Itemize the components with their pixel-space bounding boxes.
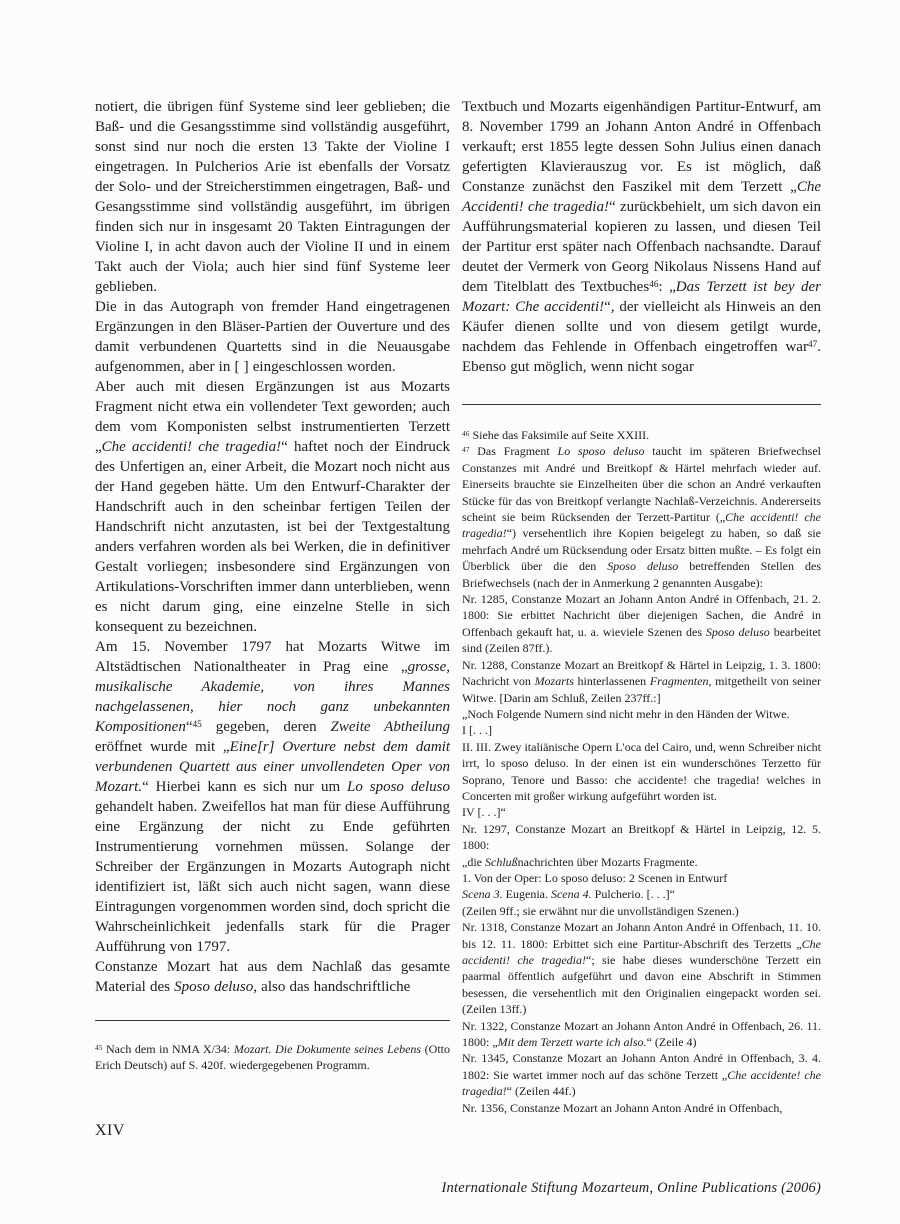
text-segment: Nr. 1297, Constanze Mozart an Breitkopf … <box>462 822 821 852</box>
paragraph: Nr. 1318, Constanze Mozart an Johann Ant… <box>462 919 821 1017</box>
footnote-marker: 46 <box>462 429 469 438</box>
paragraph: Nr. 1356, Constanze Mozart an Johann Ant… <box>462 1100 821 1116</box>
text-segment: Pulcherio. [. . .]“ <box>592 887 675 901</box>
text-segment: Fragmenten <box>650 674 709 688</box>
paragraph: Textbuch und Mozarts eigenhändigen Parti… <box>462 97 821 377</box>
paragraph: Am 15. November 1797 hat Mozarts Witwe i… <box>95 637 450 957</box>
paragraph: Die in das Autograph von fremder Hand ei… <box>95 297 450 377</box>
paragraph: 45 Nach dem in NMA X/34: Mozart. Die Dok… <box>95 1041 450 1074</box>
text-segment: „die <box>462 855 485 869</box>
text-segment: “ (Zeile 4) <box>647 1035 697 1049</box>
text-segment: I [. . .] <box>462 723 492 737</box>
paragraph: IV [. . .]“ <box>462 804 821 820</box>
footnote-marker: 47 <box>462 445 469 454</box>
paragraph: 47 Das Fragment Lo sposo deluso taucht i… <box>462 443 821 591</box>
text-segment: Die in das Autograph von fremder Hand ei… <box>95 299 450 375</box>
paragraph: 46 Siehe das Faksimile auf Seite XXIII. <box>462 427 821 443</box>
footer-credit: Internationale Stiftung Mozarteum, Onlin… <box>442 1180 822 1197</box>
text-segment: Siehe das Faksimile auf Seite XXIII. <box>469 428 649 442</box>
page-number: XIV <box>95 1122 125 1140</box>
left-column: notiert, die übrigen fünf Systeme sind l… <box>95 97 450 997</box>
text-segment: II. III. Zwey italiänische Opern L'oca d… <box>462 740 821 803</box>
left-footnote-block: 45 Nach dem in NMA X/34: Mozart. Die Dok… <box>95 1020 450 1074</box>
text-segment: (Zeilen 9ff.; sie erwähnt nur die unvoll… <box>462 904 739 918</box>
text-segment: Am 15. November 1797 hat Mozarts Witwe i… <box>95 639 450 675</box>
paragraph: II. III. Zwey italiänische Opern L'oca d… <box>462 739 821 805</box>
paragraph: Scena 3. Eugenia. Scena 4. Pulcherio. [.… <box>462 886 821 902</box>
paragraph: Nr. 1345, Constanze Mozart an Johann Ant… <box>462 1050 821 1099</box>
document-page: notiert, die übrigen fünf Systeme sind l… <box>0 0 900 1224</box>
text-segment: “ haftet noch der Eindruck des Unfertige… <box>95 439 450 635</box>
text-segment: nachrichten über Mozarts Fragmente. <box>518 855 698 869</box>
paragraph: I [. . .] <box>462 722 821 738</box>
text-segment: Scena 4. <box>551 887 592 901</box>
text-segment: Zweite Abtheilung <box>331 719 450 735</box>
text-segment: Schluß <box>485 855 518 869</box>
text-segment: Sposo deluso <box>174 979 253 995</box>
text-segment: „Noch Folgende Numern sind nicht mehr in… <box>462 707 790 721</box>
text-segment: notiert, die übrigen fünf Systeme sind l… <box>95 99 450 295</box>
text-segment: gehandelt haben. Zweifellos hat man für … <box>95 799 450 955</box>
footnote-marker: 47 <box>808 340 817 350</box>
text-segment: “ (Zeilen 44f.) <box>507 1084 576 1098</box>
right-column: Textbuch und Mozarts eigenhändigen Parti… <box>462 97 821 377</box>
text-segment: eröffnet wurde mit „ <box>95 739 230 755</box>
text-segment: 1. Von der Oper: Lo sposo deluso: 2 Scen… <box>462 871 727 885</box>
paragraph: Nr. 1297, Constanze Mozart an Breitkopf … <box>462 821 821 854</box>
text-segment: hinterlassenen <box>574 674 650 688</box>
text-segment: Mit dem Terzett warte ich also. <box>498 1035 647 1049</box>
text-segment: Lo sposo deluso <box>558 444 645 458</box>
paragraph: notiert, die übrigen fünf Systeme sind l… <box>95 97 450 297</box>
paragraph: Nr. 1285, Constanze Mozart an Johann Ant… <box>462 591 821 657</box>
right-footnote-block: 46 Siehe das Faksimile auf Seite XXIII.4… <box>462 404 821 1116</box>
text-segment: gegeben, deren <box>202 719 331 735</box>
right-column-body-text: Textbuch und Mozarts eigenhändigen Parti… <box>462 97 821 377</box>
text-segment: Mozarts <box>535 674 574 688</box>
text-segment: Nr. 1318, Constanze Mozart an Johann Ant… <box>462 920 821 950</box>
text-segment: Nr. 1356, Constanze Mozart an Johann Ant… <box>462 1101 782 1115</box>
paragraph: Aber auch mit diesen Ergänzungen ist aus… <box>95 377 450 637</box>
text-segment: Textbuch und Mozarts eigenhändigen Parti… <box>462 99 821 195</box>
left-column-body-text: notiert, die übrigen fünf Systeme sind l… <box>95 97 450 997</box>
text-segment: Eugenia. <box>503 887 551 901</box>
text-segment: Mozart. Die Dokumente seines Lebens <box>234 1042 421 1056</box>
footnote-marker: 46 <box>649 280 658 290</box>
text-segment: Sposo deluso <box>706 625 770 639</box>
paragraph: „Noch Folgende Numern sind nicht mehr in… <box>462 706 821 722</box>
paragraph: Nr. 1322, Constanze Mozart an Johann Ant… <box>462 1018 821 1051</box>
paragraph: Nr. 1288, Constanze Mozart an Breitkopf … <box>462 657 821 706</box>
text-segment: “ <box>186 719 193 735</box>
text-segment: Che accidenti! che tragedia! <box>102 439 281 455</box>
text-segment: Nach dem in NMA X/34: <box>102 1042 233 1056</box>
text-segment: Lo sposo deluso <box>347 779 450 795</box>
text-segment: : „ <box>658 279 675 295</box>
footnote-marker: 45 <box>95 1043 102 1052</box>
text-segment: Sposo deluso <box>607 559 678 573</box>
text-segment: “ Hierbei kann es sich nur um <box>142 779 347 795</box>
footnote-marker: 45 <box>193 720 202 730</box>
text-segment: Scena 3. <box>462 887 503 901</box>
text-segment: Das Fragment <box>469 444 557 458</box>
text-segment: IV [. . .]“ <box>462 805 506 819</box>
text-segment: , also das handschriftliche <box>253 979 410 995</box>
paragraph: „die Schlußnachrichten über Mozarts Frag… <box>462 854 821 870</box>
paragraph: (Zeilen 9ff.; sie erwähnt nur die unvoll… <box>462 903 821 919</box>
paragraph: 1. Von der Oper: Lo sposo deluso: 2 Scen… <box>462 870 821 886</box>
paragraph: Constanze Mozart hat aus dem Nachlaß das… <box>95 957 450 997</box>
